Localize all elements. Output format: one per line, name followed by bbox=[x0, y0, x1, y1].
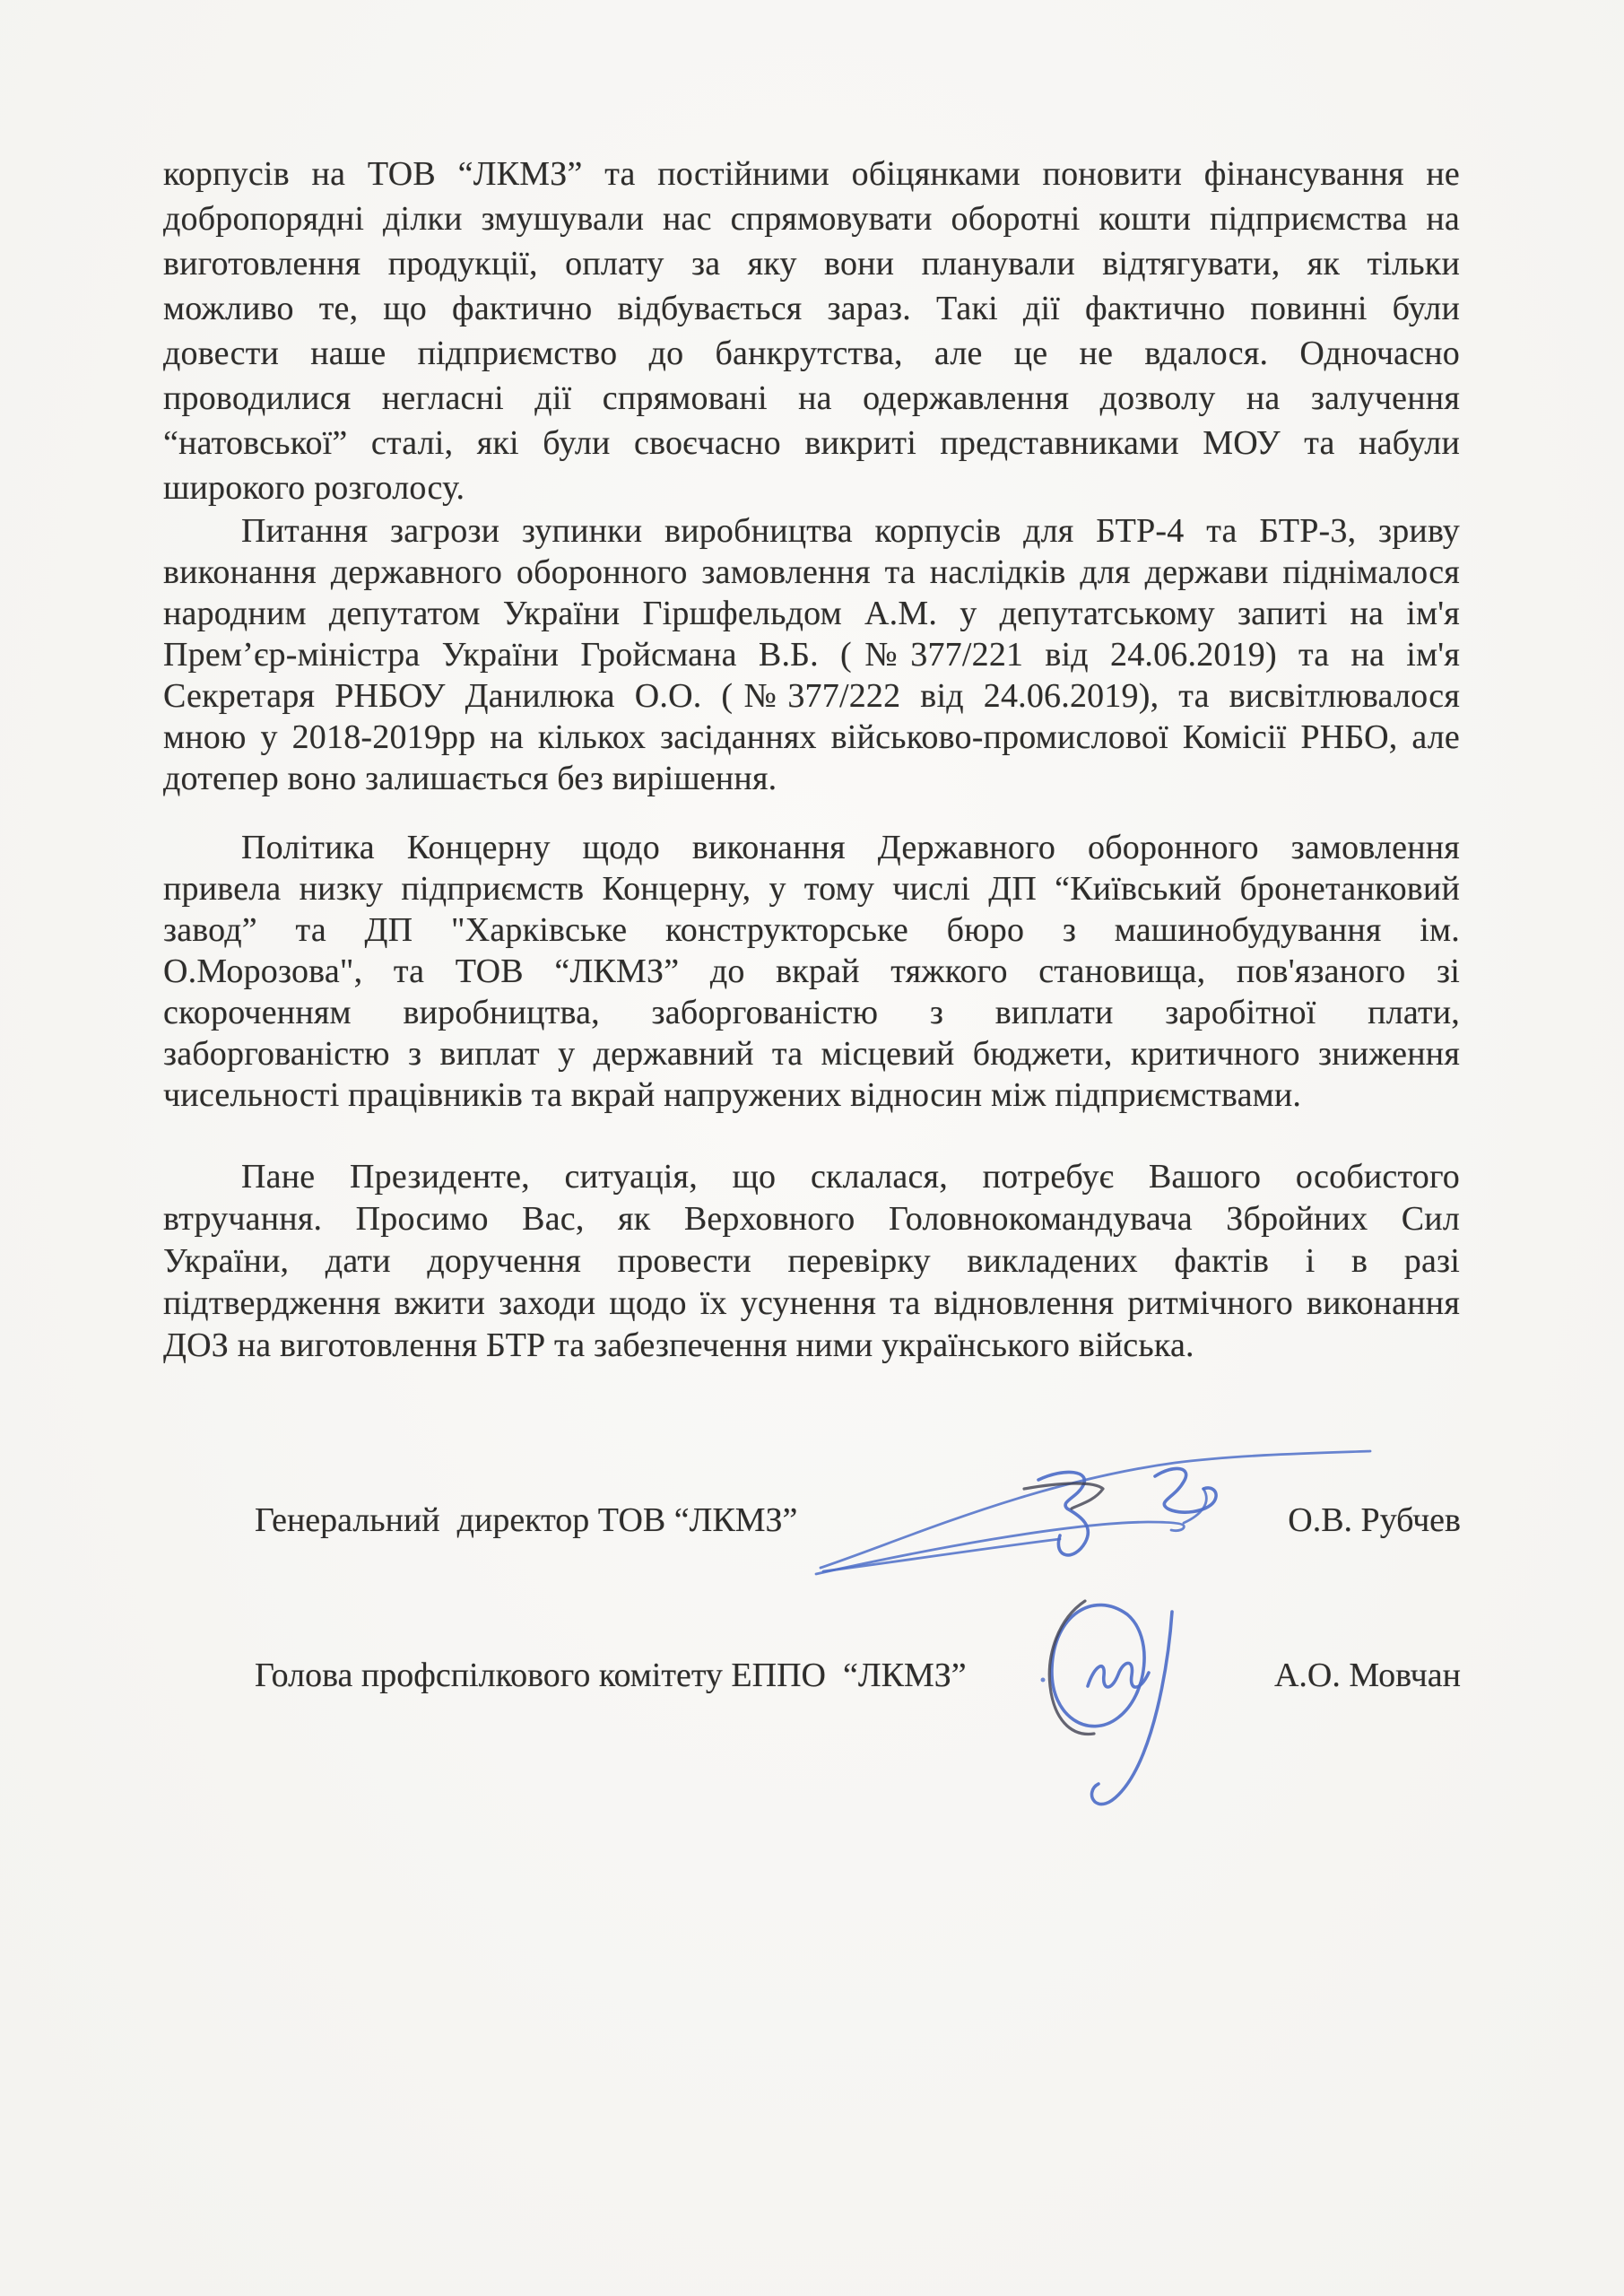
text-line: народним депутатом України Гіршфельдом А… bbox=[163, 593, 1460, 634]
letter-body: корпусів на ТОВ “ЛКМЗ” та постійними обі… bbox=[163, 152, 1460, 1367]
signature-row: Генеральний директор ТОВ “ЛКМЗ” О.В. Руб… bbox=[255, 1498, 1461, 1543]
paragraph: Політика Концерну щодо виконання Державн… bbox=[163, 827, 1460, 1116]
text-line: широкого розголосу. bbox=[163, 465, 1460, 510]
text-line: завод” та ДП "Харківське конструкторське… bbox=[163, 909, 1460, 951]
text-line: “натовської” сталі, які були своєчасно в… bbox=[163, 421, 1460, 465]
document-page: корпусів на ТОВ “ЛКМЗ” та постійними обі… bbox=[0, 0, 1624, 2296]
paragraph: Питання загрози зупинки виробництва корп… bbox=[163, 510, 1460, 799]
text-line: мною у 2018-2019рр на кількох засіданнях… bbox=[163, 717, 1460, 758]
text-line: можливо те, що фактично відбувається зар… bbox=[163, 286, 1460, 331]
text-line: скороченням виробництва, заборгованістю … bbox=[163, 992, 1460, 1033]
text-line: втручання. Просимо Вас, як Верховного Го… bbox=[163, 1198, 1460, 1240]
signature-row: Голова профспілкового комітету ЕППО “ЛКМ… bbox=[255, 1653, 1461, 1698]
text-line: заборгованістю з виплат у державний та м… bbox=[163, 1033, 1460, 1074]
text-line: ДОЗ на виготовлення БТР та забезпечення … bbox=[163, 1325, 1460, 1367]
text-line: привела низку підприємств Концерну, у то… bbox=[163, 868, 1460, 909]
signatory-name: А.О. Мовчан bbox=[1274, 1653, 1461, 1698]
signature-title: Генеральний директор ТОВ “ЛКМЗ” bbox=[255, 1498, 797, 1543]
text-line: добропорядні ділки змушували нас спрямов… bbox=[163, 196, 1460, 241]
text-line: корпусів на ТОВ “ЛКМЗ” та постійними обі… bbox=[163, 152, 1460, 196]
signature-movchan-ink bbox=[1018, 1583, 1215, 1825]
text-line: довести наше підприємство до банкрутства… bbox=[163, 331, 1460, 376]
text-line: О.Морозова", та ТОВ “ЛКМЗ” до вкрай тяжк… bbox=[163, 951, 1460, 992]
text-line: дотепер воно залишається без вирішення. bbox=[163, 758, 1460, 799]
paragraph: Пане Президенте, ситуація, що склалася, … bbox=[163, 1156, 1460, 1367]
text-line: Політика Концерну щодо виконання Державн… bbox=[163, 827, 1460, 868]
text-line: Пане Президенте, ситуація, що склалася, … bbox=[163, 1156, 1460, 1198]
text-line: виконання державного оборонного замовлен… bbox=[163, 552, 1460, 593]
text-line: Питання загрози зупинки виробництва корп… bbox=[163, 510, 1460, 552]
text-line: Секретаря РНБОУ Данилюка О.О. (№377/222 … bbox=[163, 675, 1460, 717]
signatory-name: О.В. Рубчев bbox=[1288, 1498, 1461, 1543]
paragraph: корпусів на ТОВ “ЛКМЗ” та постійними обі… bbox=[163, 152, 1460, 510]
signature-title: Голова профспілкового комітету ЕППО “ЛКМ… bbox=[255, 1653, 967, 1698]
text-line: виготовлення продукції, оплату за яку во… bbox=[163, 241, 1460, 286]
text-line: підтвердження вжити заходи щодо їх усуне… bbox=[163, 1283, 1460, 1325]
text-line: чисельності працівників та вкрай напруже… bbox=[163, 1074, 1460, 1116]
text-line: України, дати доручення провести перевір… bbox=[163, 1240, 1460, 1283]
text-line: проводилися негласні дії спрямовані на о… bbox=[163, 376, 1460, 421]
text-line: Прем’єр-міністра України Гройсмана В.Б. … bbox=[163, 634, 1460, 675]
